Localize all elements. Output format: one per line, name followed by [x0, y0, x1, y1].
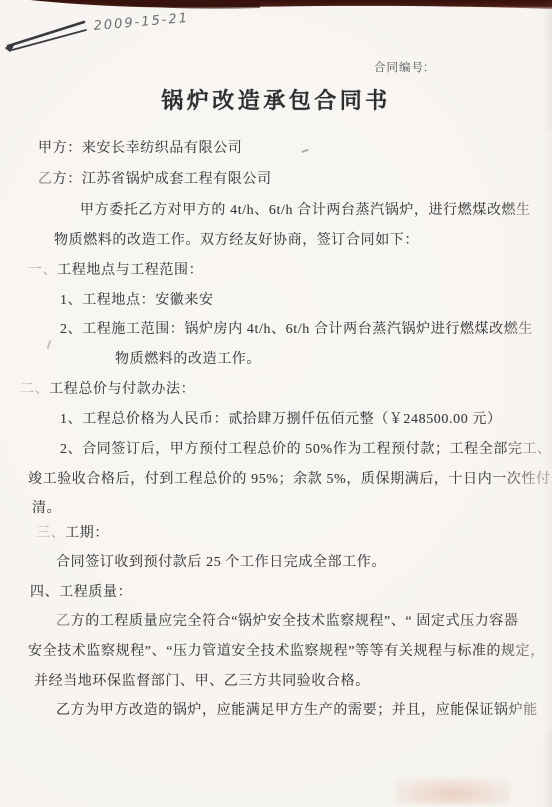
scan-smudge — [395, 778, 510, 804]
section-1-item-2-line-2: 物质燃料的改造工作。 — [115, 348, 261, 368]
handwritten-note: 2009-15-21 — [2, 4, 192, 60]
party-a-line: 甲方：来安长幸纺织品有限公司 — [38, 137, 242, 157]
section-1-item-1: 1、工程地点：安徽来安 — [60, 289, 214, 309]
section-4-title: 工程质量： — [59, 585, 132, 600]
section-2-item-2-line-2: 竣工验收合格后，付到工程总价的 95%；余款 5%，质保期满后，十日内一次性付 — [28, 468, 551, 488]
pen-speck — [47, 340, 52, 349]
section-4-body-line-4: 乙方为甲方改造的锅炉，应能满足甲方生产的需要；并且，应能保证锅炉能 — [56, 699, 538, 719]
section-3-body: 合同签订收到预付款后 25 个工作日完成全部工作。 — [56, 551, 386, 571]
section-4-number: 四、 — [30, 585, 59, 600]
contract-number-label: 合同编号: — [374, 59, 428, 75]
section-1-heading: 一、工程地点与工程范围： — [28, 259, 203, 279]
section-4-body-line-3: 并经当地环保监督部门、甲、乙三方共同验收合格。 — [34, 670, 370, 690]
section-3-title: 工期： — [65, 526, 109, 541]
section-1-number: 一、 — [28, 263, 57, 278]
section-3-number: 三、 — [36, 526, 65, 541]
section-2-item-2-line-1: 2、合同签订后，甲方预付工程总价的 50%作为工程预付款；工程全部完工、 — [60, 438, 552, 458]
section-4-heading: 四、工程质量： — [30, 581, 132, 601]
section-2-title: 工程总价与付款办法： — [49, 382, 195, 397]
pen-speck — [300, 145, 309, 153]
scan-right-edge-shadow — [542, 0, 552, 807]
preamble-line-1: 甲方委托乙方对甲方的 4t/h、6t/h 合计两台蒸汽锅炉，进行燃煤改燃生 — [80, 199, 531, 219]
contract-page: 2009-15-21 合同编号: 锅炉改造承包合同书 甲方：来安长幸纺织品有限公… — [0, 0, 552, 807]
section-2-heading: 二、工程总价与付款办法： — [20, 378, 195, 398]
section-4-body-line-1: 乙方的工程质量应完全符合“锅炉安全技术监察规程”、“ 固定式压力容器 — [56, 610, 519, 630]
section-3-heading: 三、工期： — [36, 522, 109, 542]
handwritten-number: 2009-15-21 — [93, 11, 190, 34]
preamble-line-2: 物质燃料的改造工作。双方经友好协商，签订合同如下： — [54, 229, 419, 249]
section-1-title: 工程地点与工程范围： — [57, 263, 203, 278]
section-4-body-line-2: 安全技术监察规程”、“压力管道安全技术监察规程”等等有关规程与标准的规定， — [28, 640, 545, 660]
section-2-number: 二、 — [20, 382, 49, 397]
party-b-line: 乙方：江苏省锅炉成套工程有限公司 — [38, 168, 272, 188]
document-title: 锅炉改造承包合同书 — [0, 84, 552, 115]
section-2-item-2-line-3: 清。 — [32, 497, 61, 517]
section-1-item-2-line-1: 2、工程施工范围：锅炉房内 4t/h、6t/h 合计两台蒸汽锅炉进行燃煤改燃生 — [60, 318, 533, 338]
section-2-item-1: 1、工程总价格为人民币：贰拾肆万捌仟伍佰元整（￥248500.00 元） — [60, 408, 502, 428]
